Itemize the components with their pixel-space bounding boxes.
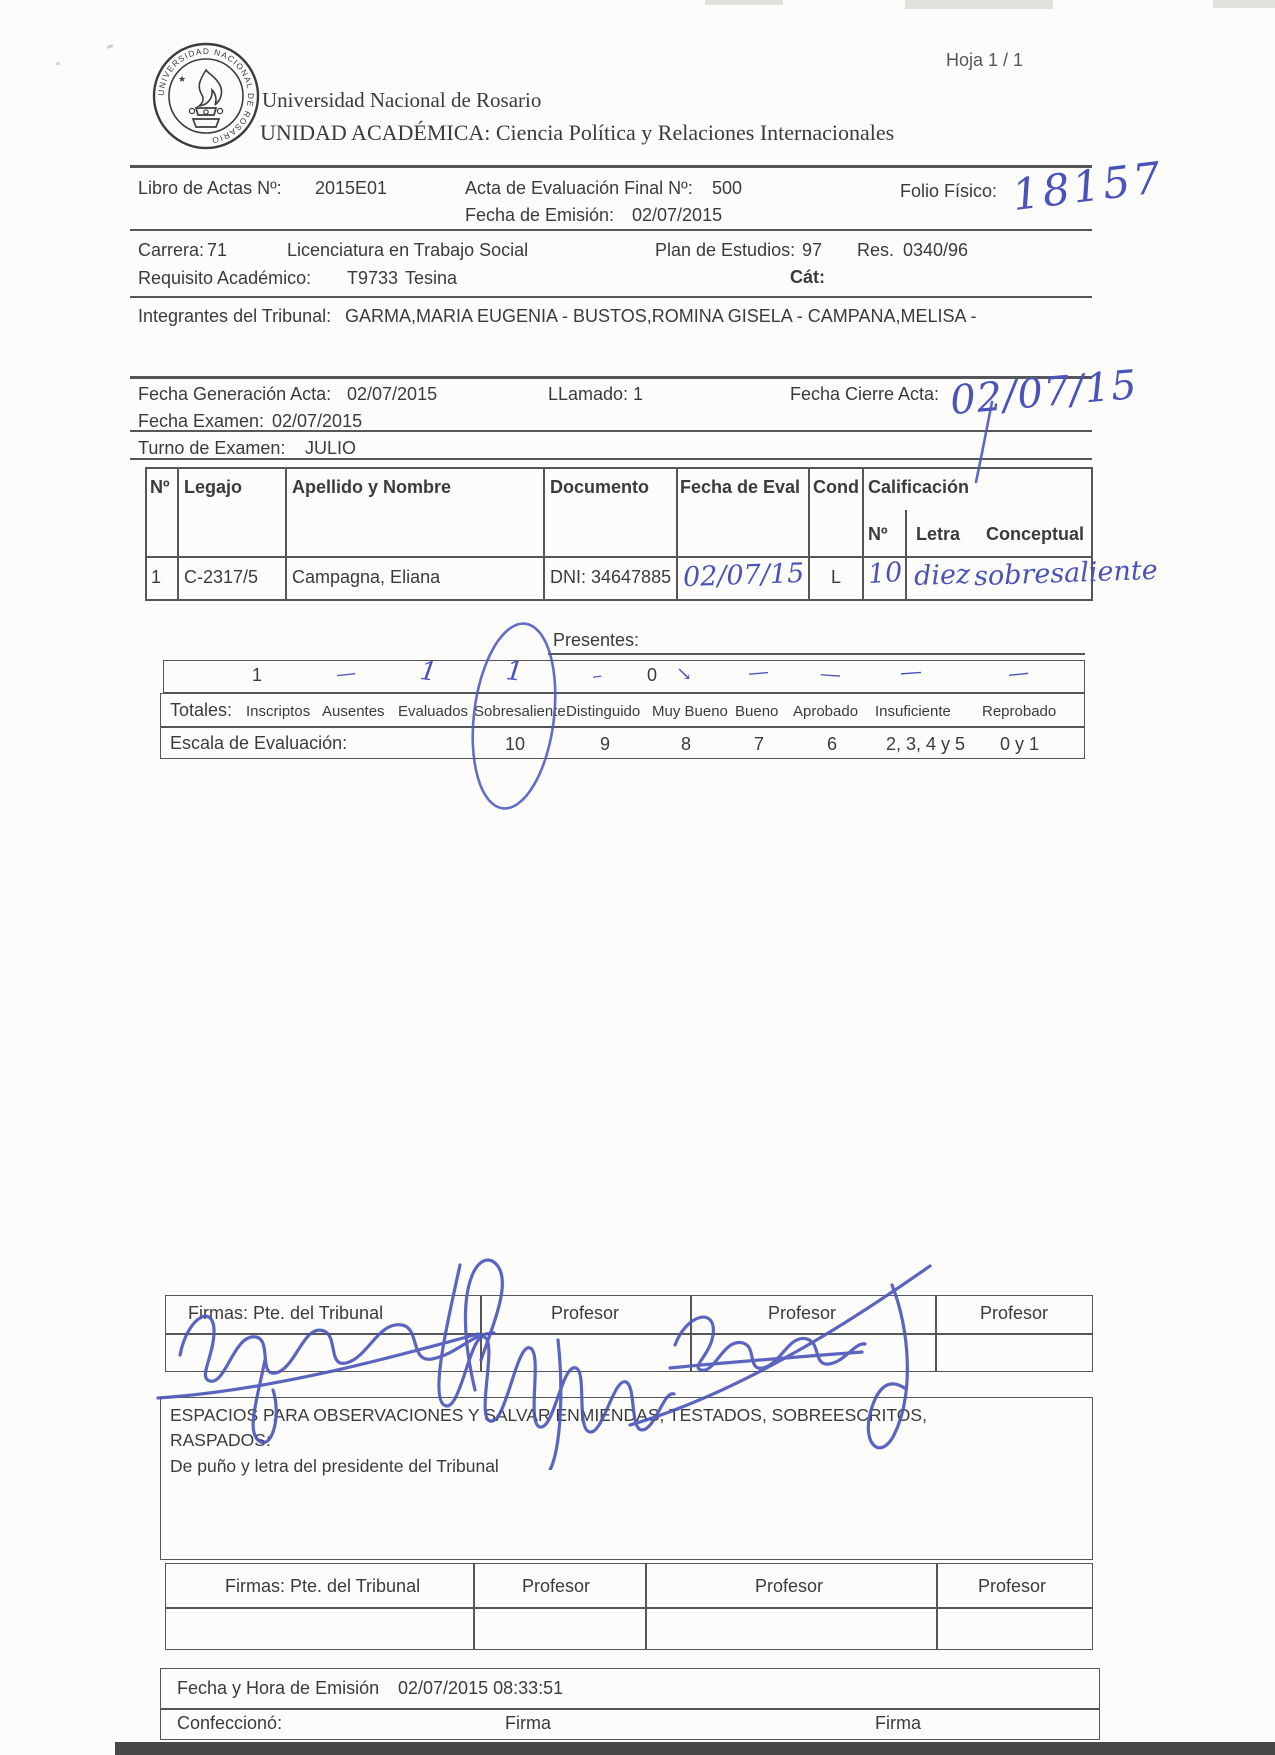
unr-logo-seal: UNIVERSIDAD NACIONAL DE ROSARIO ★ [150,40,262,152]
totales-column-label: Distinguido [566,703,640,720]
fecha-examen-label: Fecha Examen: [138,411,264,432]
firma-label: Firma [875,1713,921,1734]
row-calif-nro-handwritten: 10 [867,557,903,590]
carrera-num: 71 [207,240,227,261]
plan-estudios-value: 97 [802,240,822,261]
table-column-line [862,467,864,601]
plan-estudios-label: Plan de Estudios: [655,240,795,261]
presentes-values-box [163,660,1085,693]
resolucion-value: 0340/96 [903,240,968,261]
divider [130,229,1092,231]
table-column-line [177,467,179,601]
presentes-value-hw: — [899,659,923,685]
libro-actas-label: Libro de Actas Nº: [138,178,282,199]
escala-value: 6 [827,734,837,755]
page-number: Hoja 1 / 1 [946,50,1023,71]
totales-column-label: Reprobado [982,703,1056,720]
scanned-acta-document: Hoja 1 / 1 UNIVERSIDAD NACIONAL DE ROSAR… [0,0,1275,1755]
fecha-examen-value: 02/07/2015 [272,411,362,432]
profesor-label: Profesor [755,1576,823,1597]
totales-column-label: Inscriptos [246,703,310,720]
requisito-name: Tesina [405,268,457,289]
scan-smudge [705,0,783,5]
resolucion-label: Res. [857,240,894,261]
totales-column-label: Ausentes [322,703,385,720]
emission-divider [160,1708,1100,1710]
presentes-value-hw: — [335,660,357,686]
row-calif-conceptual-handwritten: sobresaliente [974,555,1159,592]
table-column-line [808,467,810,601]
fecha-emision-label: Fecha de Emisión: [465,205,614,226]
totales-column-label: Insuficiente [875,703,951,720]
firmas-pte-label: Firmas: Pte. del Tribunal [225,1576,420,1597]
col-header-calif-conceptual: Conceptual [986,524,1084,545]
presentes-value: 0 [647,665,657,686]
scan-speck [56,62,60,65]
requisito-label: Requisito Académico: [138,268,311,289]
emission-datetime-label: Fecha y Hora de Emisión [177,1678,379,1699]
col-header-nombre: Apellido y Nombre [292,477,451,498]
signatures-ink [130,1240,1190,1470]
totales-column-label: Muy Bueno [652,703,728,720]
table-column-line [285,467,287,601]
col-header-calif-nro: Nº [868,524,888,545]
llamado-label: LLamado: [548,384,628,405]
logo-flame-icon [199,70,222,106]
fecha-cierre-label: Fecha Cierre Acta: [790,384,939,405]
row-nro: 1 [151,567,161,588]
presentes-arrow-mark: ↘ [676,663,692,685]
row-calif-letra-handwritten: diez [913,559,970,592]
row-cond: L [831,567,841,588]
presentes-underline [548,653,1085,655]
table-column-line [543,467,545,601]
requisito-code: T9733 [347,268,398,289]
logo-torch-base [193,108,219,127]
logo-torch-knob [204,110,208,114]
table-subcolumn-line [905,510,907,601]
col-header-documento: Documento [550,477,649,498]
table-column-line [936,1563,938,1650]
table-column-line [676,467,678,601]
col-header-calif-letra: Letra [916,524,960,545]
escala-value: 2, 3, 4 y 5 [886,734,965,755]
scan-smudge [1213,0,1275,8]
totales-label: Totales: [170,700,232,721]
divider [130,165,1092,168]
circle-annotation-10 [452,612,576,824]
presentes-value-hw: — [1007,660,1030,686]
carrera-label: Carrera: [138,240,204,261]
profesor-label: Profesor [522,1576,590,1597]
acta-final-label: Acta de Evaluación Final Nº: [465,178,693,199]
logo-star-icon: ★ [178,74,186,84]
escala-value: 7 [754,734,764,755]
scan-edge-strip [115,1742,1275,1755]
logo-handle-left [189,108,194,113]
table-column-line [645,1563,647,1650]
logo-ring-text: UNIVERSIDAD NACIONAL DE ROSARIO [156,46,256,146]
profesor-label: Profesor [978,1576,1046,1597]
academic-unit: UNIDAD ACADÉMICA: Ciencia Política y Rel… [260,120,894,146]
university-name: Universidad Nacional de Rosario [262,88,541,113]
emission-datetime-value: 02/07/2015 08:33:51 [398,1678,563,1699]
fecha-emision-value: 02/07/2015 [632,205,722,226]
totales-column-label: Bueno [735,703,778,720]
acta-final-value: 500 [712,178,742,199]
folio-fisico-handwritten: 18157 [1010,153,1167,221]
escala-label: Escala de Evaluación: [170,733,347,754]
col-header-calificacion: Calificación [868,477,969,498]
catedra-label: Cát: [790,267,825,288]
llamado-value: 1 [633,384,643,405]
students-table-header-divider [145,556,1093,558]
turno-examen-label: Turno de Examen: [138,438,285,459]
escala-value: 9 [600,734,610,755]
presentes-value: 1 [252,665,262,686]
signatures-table-2-divider [165,1607,1093,1609]
folio-fisico-label: Folio Físico: [900,181,997,202]
scan-speck [107,44,114,49]
turno-examen-value: JULIO [305,438,356,459]
col-header-nro: Nº [150,477,170,498]
col-header-legajo: Legajo [184,477,242,498]
logo-handle-right [217,108,222,113]
table-column-line [473,1563,475,1650]
scan-smudge [905,0,1053,9]
presentes-value-hw: — [747,659,770,685]
fecha-generacion-value: 02/07/2015 [347,384,437,405]
confecciono-label: Confeccionó: [177,1713,282,1734]
firma-label: Firma [505,1713,551,1734]
ink-tail [958,398,1018,488]
carrera-name: Licenciatura en Trabajo Social [287,240,528,261]
tribunal-label: Integrantes del Tribunal: [138,306,331,327]
divider [130,430,1092,432]
divider [130,296,1092,298]
svg-text:UNIVERSIDAD NACIONAL DE ROSARI: UNIVERSIDAD NACIONAL DE ROSARIO [156,46,256,146]
divider [130,458,1092,460]
escala-value: 8 [681,734,691,755]
totales-divider [160,726,1085,728]
row-nombre: Campagna, Eliana [292,567,440,588]
row-legajo: C-2317/5 [184,567,258,588]
presentes-value-hw: — [819,661,842,686]
totales-column-label: Aprobado [793,703,858,720]
escala-value: 0 y 1 [1000,734,1039,755]
row-documento: DNI: 34647885 [550,567,671,588]
fecha-generacion-label: Fecha Generación Acta: [138,384,331,405]
col-header-cond: Cond [813,477,859,498]
row-fecha-eval-handwritten: 02/07/15 [682,558,804,593]
libro-actas-value: 2015E01 [315,178,387,199]
col-header-fecha-eval: Fecha de Eval [680,477,800,498]
tribunal-members: GARMA,MARIA EUGENIA - BUSTOS,ROMINA GISE… [345,306,976,327]
